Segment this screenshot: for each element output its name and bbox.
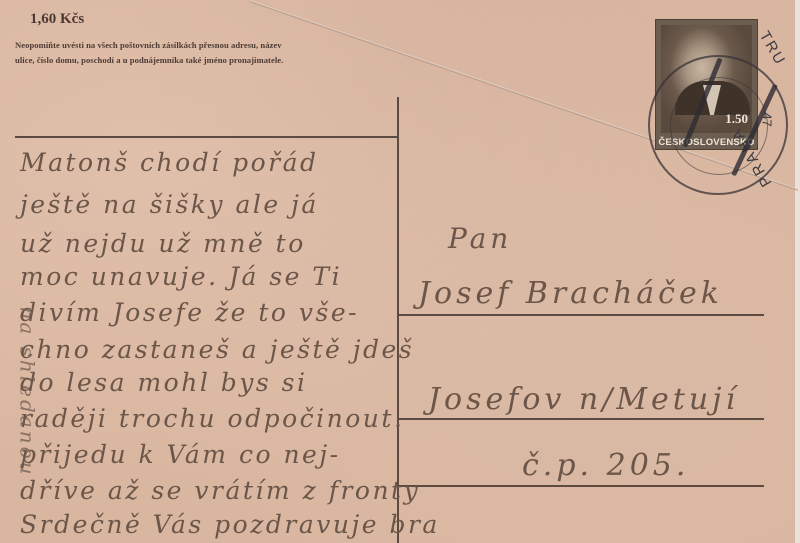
address-salutation: Pan (448, 222, 512, 255)
message-line: raději trochu odpočinout. (20, 404, 404, 433)
address-rule-1 (398, 314, 764, 316)
address-rule-3 (398, 485, 764, 487)
notice-line-2: ulice, číslo domu, poschodí a u podnájem… (15, 53, 415, 68)
message-line: ještě na šišky ale já (20, 190, 319, 219)
address-house-number: č.p. 205. (522, 448, 689, 483)
address-rule-2 (398, 418, 764, 420)
message-line: Srdečně Vás pozdravuje bra (20, 510, 440, 539)
postmark-top-text: TRU (756, 28, 789, 68)
message-line: už nejdu už mně to (20, 229, 306, 258)
notice-line-1: Neopomiňte uvésti na všech poštovních zá… (15, 38, 415, 53)
address-name: Josef Bracháček (418, 276, 723, 311)
address-notice: Neopomiňte uvésti na všech poštovních zá… (15, 38, 415, 68)
message-line: dříve až se vrátím z fronty (20, 476, 420, 505)
address-town: Josefov n/Metují (428, 382, 739, 417)
message-line: přijedu k Vám co nej- (20, 440, 341, 469)
message-line: chno zastaneš a ještě jdeš (20, 335, 414, 364)
message-line: moc unavuje. Já se Ti (20, 262, 342, 291)
message-line: divím Josefe že to vše- (20, 298, 359, 327)
message-line: do lesa mohl bys si (20, 368, 308, 397)
message-line: Matonš chodí pořád (20, 148, 319, 177)
card-edge (795, 0, 800, 543)
postage-price: 1,60 Kčs (30, 11, 84, 28)
message-top-rule (15, 136, 399, 138)
